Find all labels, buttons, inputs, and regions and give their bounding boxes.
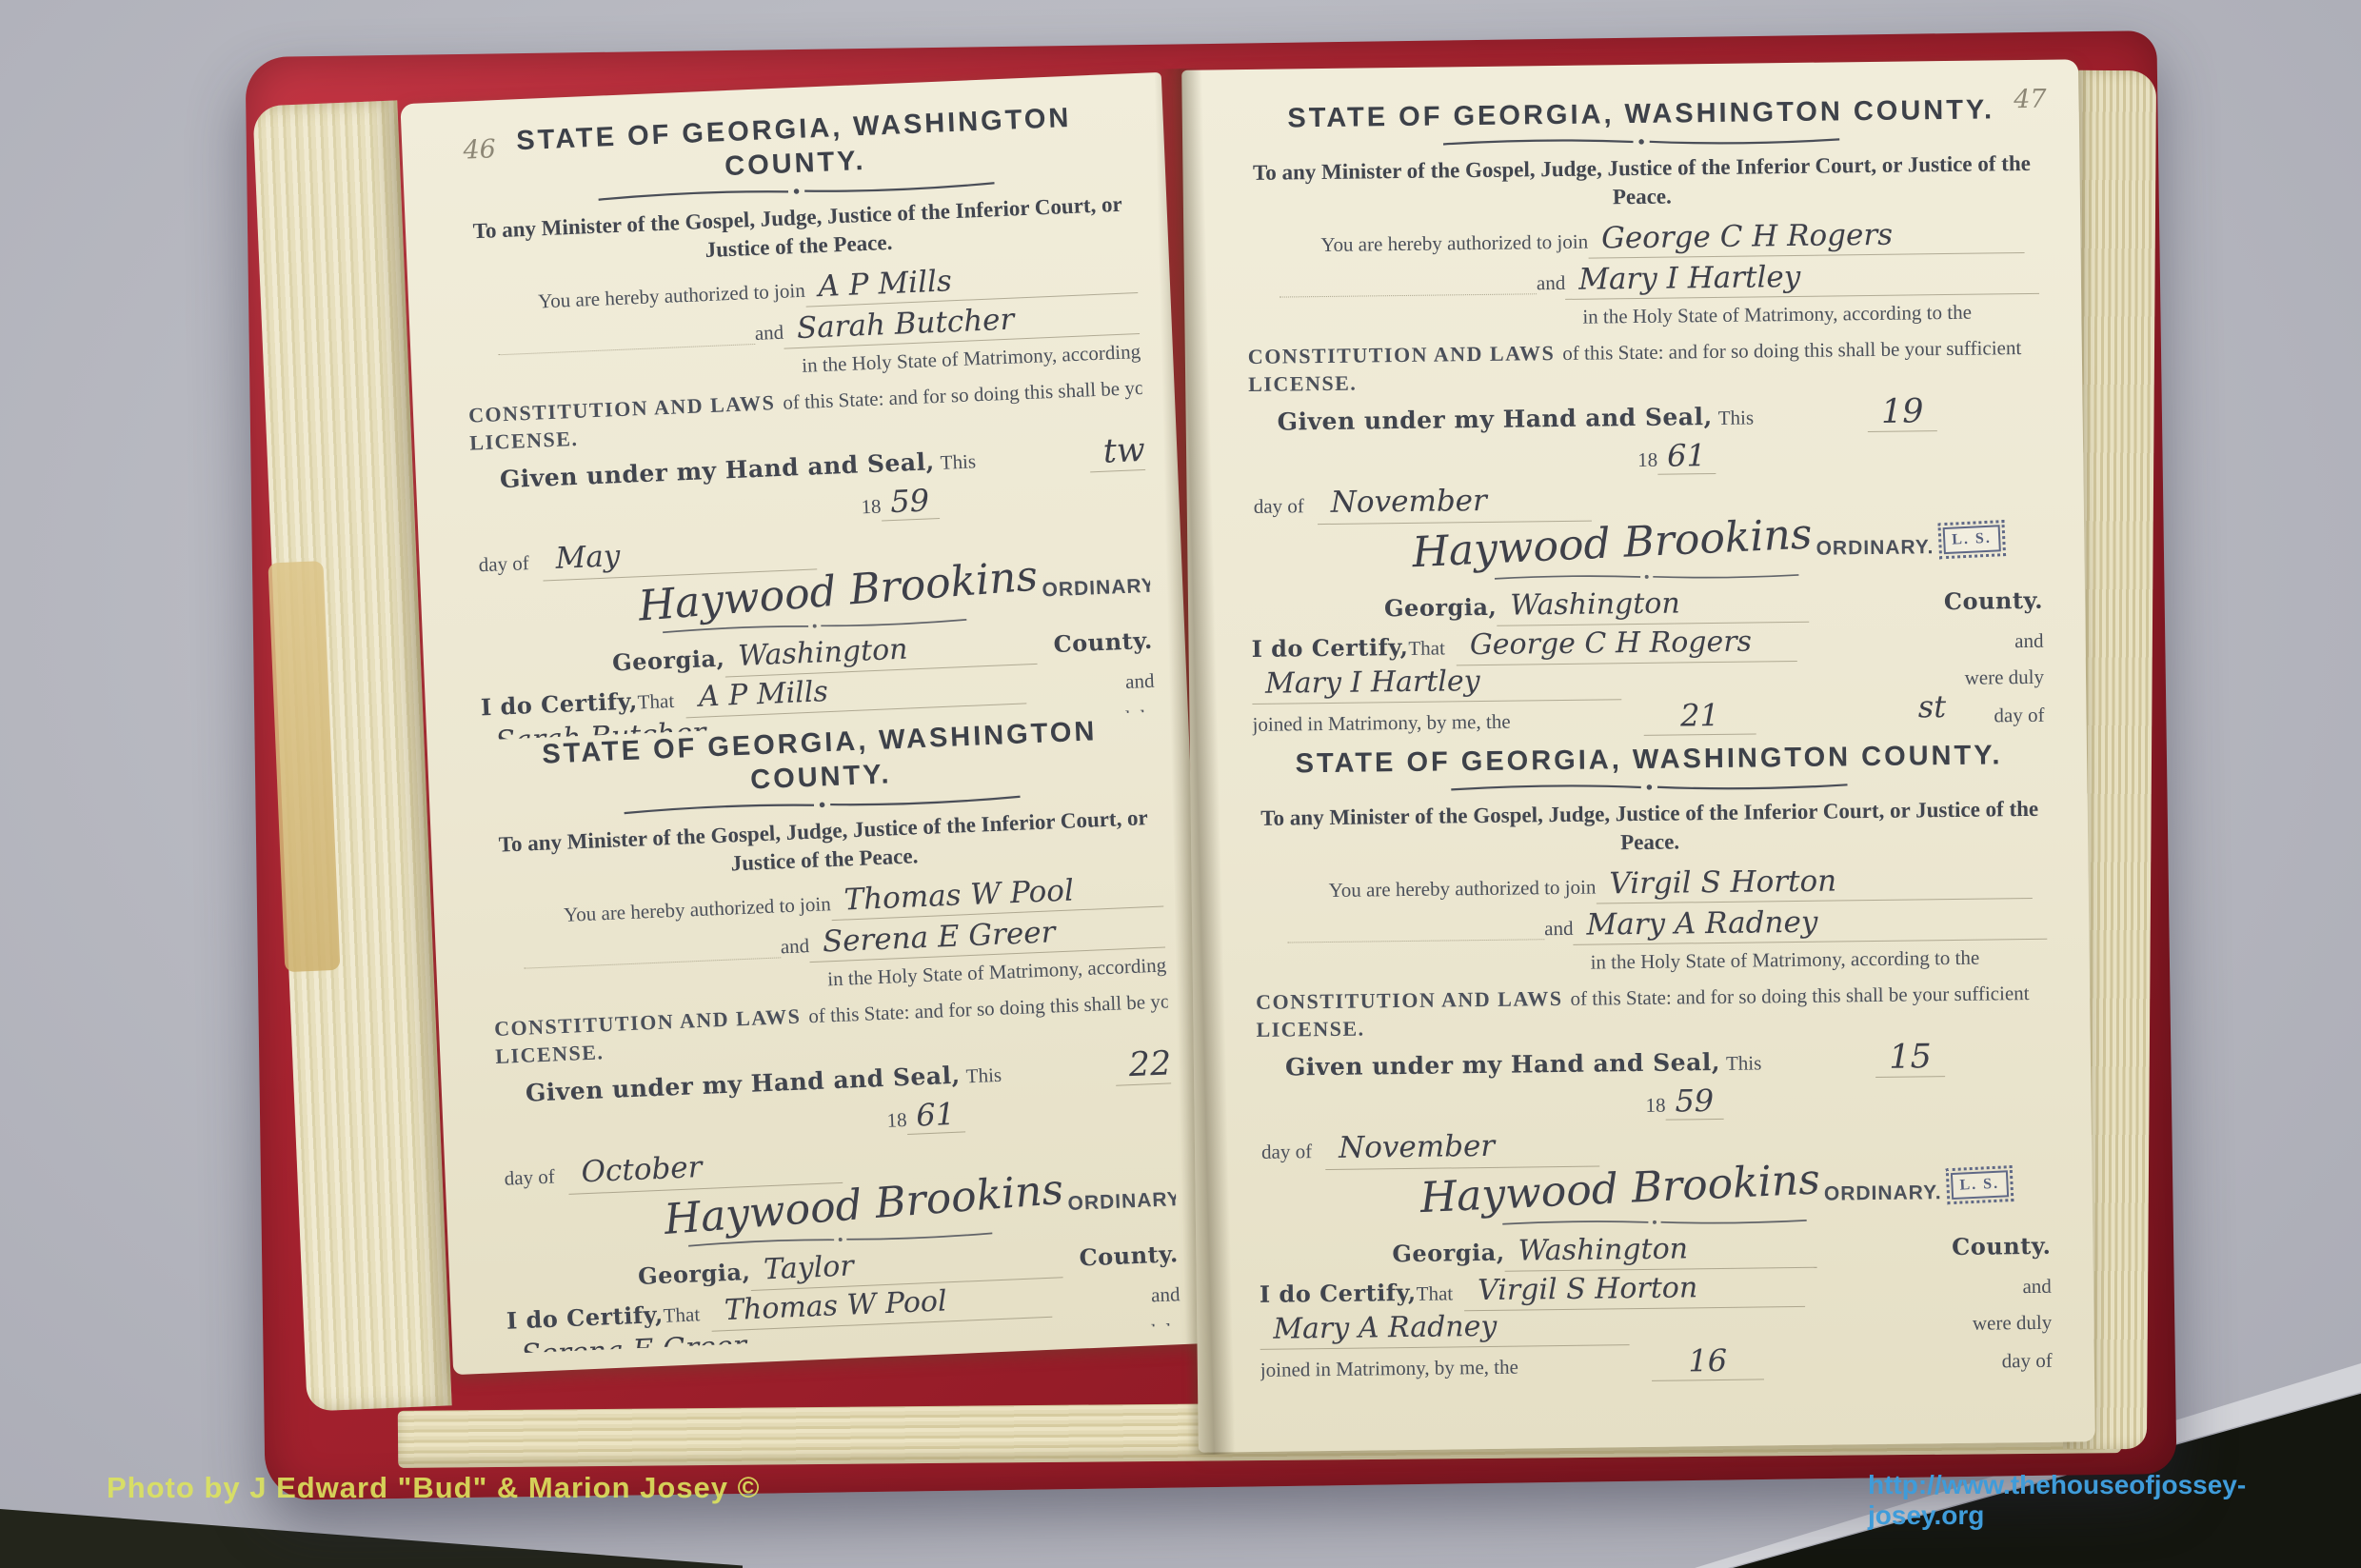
certify-county: Washington xyxy=(1504,1229,1816,1272)
seal-ls: L. S. xyxy=(1943,525,2001,554)
and-label: and xyxy=(1544,909,1574,947)
license-label: LICENSE. xyxy=(1248,371,1357,397)
given-under-seal-label: Given under my Hand and Seal, xyxy=(1278,403,1713,436)
license-year: 59 xyxy=(881,482,940,522)
groom-name: Virgil S Horton xyxy=(1596,860,2032,904)
this-label: This xyxy=(940,442,977,482)
day-of-label: day of xyxy=(1261,1130,1313,1173)
certify-label: I do Certify, xyxy=(1251,633,1408,663)
bride-name: Mary I Hartley xyxy=(1565,255,2039,300)
to-any-minister-line: To any Minister of the Gospel, Judge, Ju… xyxy=(1245,149,2038,216)
table-edge-shadow-bottom-left xyxy=(0,1509,743,1568)
left-page: 46 STATE OF GEORGIA, WASHINGTON COUNTY. … xyxy=(400,72,1214,1375)
ordinary-label: ORDINARY. xyxy=(1815,536,1934,561)
constitution-caps: CONSTITUTION AND LAWS xyxy=(1256,986,1563,1015)
photo-scene: 46 STATE OF GEORGIA, WASHINGTON COUNTY. … xyxy=(0,0,2361,1568)
ordinary-label: ORDINARY. xyxy=(1067,1188,1181,1216)
this-label: This xyxy=(1717,398,1754,436)
bride-name-certify: Mary A Radney xyxy=(1260,1306,1629,1350)
that-label: That xyxy=(1416,1274,1453,1312)
right-page: 47 STATE OF GEORGIA, WASHINGTON COUNTY. … xyxy=(1181,59,2095,1452)
ordinary-label: ORDINARY. xyxy=(1042,574,1156,602)
seal-ls: L. S. xyxy=(1951,1170,2009,1200)
and-label: and xyxy=(1150,1275,1180,1314)
record-header: STATE OF GEORGIA, WASHINGTON COUNTY. xyxy=(1245,92,2037,136)
to-any-minister-line: To any Minister of the Gospel, Judge, Ju… xyxy=(1254,795,2047,862)
were-duly-label: were duly xyxy=(1973,1303,2053,1342)
authorized-label: You are hereby authorized to join xyxy=(1328,868,1596,909)
license-label: LICENSE. xyxy=(1256,1017,1364,1042)
website-watermark: http://www.thehouseofjossey-josey.org xyxy=(1868,1470,2361,1531)
groom-name-certify: Virgil S Horton xyxy=(1464,1268,1805,1311)
given-under-seal-label: Given under my Hand and Seal, xyxy=(1285,1048,1720,1082)
county-label: County. xyxy=(1079,1240,1179,1271)
constitution-rest: of this State: and for so doing this sha… xyxy=(1570,978,2029,1014)
blank-line xyxy=(1287,938,1544,943)
certify-label: I do Certify, xyxy=(506,1300,664,1335)
officiant-signature: John Taylor J.P. xyxy=(1763,1378,1999,1392)
license-month: November xyxy=(1318,479,1593,526)
day-of-label: day of xyxy=(478,542,530,586)
year-prefix: 18 xyxy=(1645,1087,1665,1123)
license-month: November xyxy=(1325,1124,1600,1171)
year-prefix: 18 xyxy=(861,488,883,526)
license-day: twentieth xyxy=(1089,426,1156,472)
day-of-label: day of xyxy=(2001,1341,2053,1380)
blank-line xyxy=(1280,292,1537,297)
flourish-divider xyxy=(1444,778,1854,796)
and-label: and xyxy=(2022,1267,2052,1305)
were-duly-label: were duly xyxy=(1964,658,2044,697)
license-year: 61 xyxy=(1657,437,1716,475)
flourish-divider xyxy=(1437,132,1846,150)
license-label: LICENSE. xyxy=(495,1040,605,1069)
day-of-label: day of xyxy=(1994,696,2045,735)
county-label: County. xyxy=(1952,1232,2051,1260)
authorized-label: You are hereby authorized to join xyxy=(1320,223,1588,264)
georgia-label: Georgia, xyxy=(1392,1239,1505,1267)
record-header: STATE OF GEORGIA, WASHINGTON COUNTY. xyxy=(456,98,1132,195)
and-label: and xyxy=(780,926,810,965)
joined-label: joined in Matrimony, by me, the xyxy=(1252,703,1510,744)
year-prefix: 18 xyxy=(1637,442,1657,478)
license-day: 19 xyxy=(1868,392,1937,432)
year-prefix: 18 xyxy=(1582,1387,1603,1393)
license-day: 22 xyxy=(1115,1044,1181,1086)
married-day-suffix: st xyxy=(1889,697,1974,717)
bride-name-certify: Mary I Hartley xyxy=(1252,661,1621,705)
license-day: 15 xyxy=(1875,1038,1945,1078)
marriage-record-horton-radney: STATE OF GEORGIA, WASHINGTON COUNTY. To … xyxy=(1253,738,2053,1393)
license-year: 59 xyxy=(1665,1082,1723,1121)
this-label: This xyxy=(1726,1043,1762,1082)
day-of-label: day of xyxy=(1253,485,1304,527)
and-label: and xyxy=(1537,264,1566,302)
year-prefix: 18 xyxy=(886,1102,908,1139)
photographer-watermark: Photo by J Edward "Bud" & Marion Josey © xyxy=(107,1471,761,1505)
flourish-divider xyxy=(1498,1214,1812,1231)
constitution-caps: CONSTITUTION AND LAWS xyxy=(1248,341,1556,369)
county-label: County. xyxy=(1944,586,2043,615)
record-book: 46 STATE OF GEORGIA, WASHINGTON COUNTY. … xyxy=(255,44,2167,1487)
georgia-label: Georgia, xyxy=(1384,593,1498,622)
certify-label: I do Certify, xyxy=(480,686,638,721)
constitution-rest: of this State: and for so doing this sha… xyxy=(1562,332,2021,368)
married-day: 16 xyxy=(1652,1340,1764,1380)
holy-state-line: in the Holy State of Matrimony, accordin… xyxy=(1590,943,1979,978)
married-year: 59. xyxy=(1602,1383,1665,1393)
and-label: and xyxy=(1124,662,1155,701)
marriage-record-rogers-hartley: STATE OF GEORGIA, WASHINGTON COUNTY. To … xyxy=(1245,92,2045,747)
flourish-divider xyxy=(1490,568,1804,586)
certify-label: I do Certify, xyxy=(1260,1279,1417,1308)
marriage-record-pool-greer: STATE OF GEORGIA, WASHINGTON COUNTY. To … xyxy=(482,712,1180,1354)
marriage-record-mills-butcher: STATE OF GEORGIA, WASHINGTON COUNTY. To … xyxy=(456,98,1155,740)
license-year: 61 xyxy=(906,1095,965,1135)
groom-name: George C H Rogers xyxy=(1588,214,2024,259)
ordinary-label: ORDINARY. xyxy=(1824,1181,1942,1206)
license-label: LICENSE. xyxy=(469,427,579,456)
and-label: and xyxy=(2014,622,2044,660)
groom-name-certify: George C H Rogers xyxy=(1457,623,1797,665)
county-label: County. xyxy=(1053,626,1153,658)
joined-label: joined in Matrimony, by me, the xyxy=(1260,1348,1518,1389)
that-label: That xyxy=(1408,628,1445,666)
and-label: and xyxy=(754,313,784,352)
certify-county: Washington xyxy=(1497,584,1809,626)
married-day-suffix xyxy=(1897,1342,1983,1343)
georgia-label: Georgia, xyxy=(638,1258,751,1290)
day-of-label: day of xyxy=(504,1156,556,1200)
bride-name: Mary A Radney xyxy=(1573,901,2047,945)
holy-state-line: in the Holy State of Matrimony, accordin… xyxy=(1582,297,1972,332)
married-day: 21 xyxy=(1643,695,1756,735)
georgia-label: Georgia, xyxy=(612,645,725,677)
this-label: This xyxy=(965,1056,1002,1096)
